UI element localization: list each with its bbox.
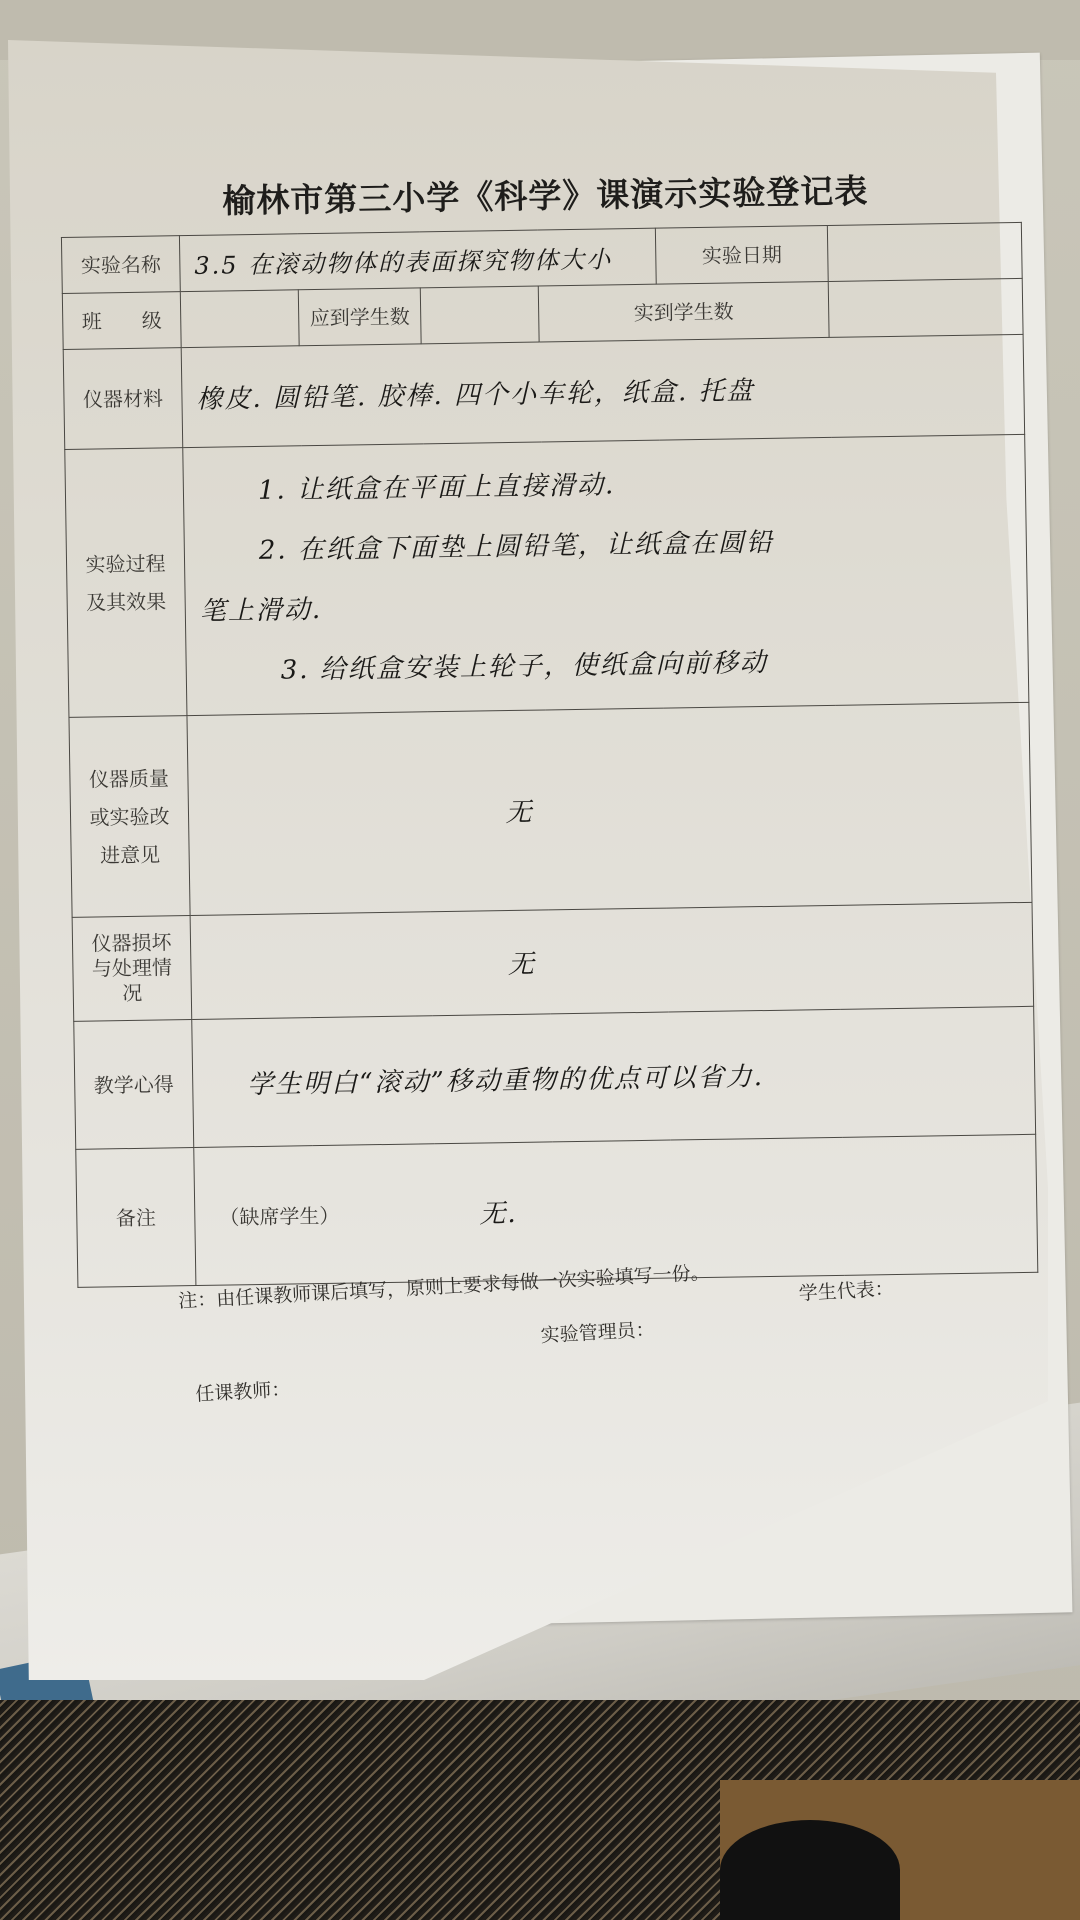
field-experiment-date[interactable] xyxy=(827,222,1022,281)
signature-lab-admin[interactable]: 实验管理员： xyxy=(540,1315,655,1348)
label-class: 班 级 xyxy=(62,292,181,350)
registration-form: 榆林市第三小学《科学》课演示实验登记表 实验名称 3.5 在滚动物体的表面探究物… xyxy=(60,163,1039,1408)
label-damage-line2: 与处理情 xyxy=(77,955,186,982)
field-damage[interactable]: 无 xyxy=(190,902,1034,1019)
label-expected-students: 应到学生数 xyxy=(298,288,421,346)
signature-student-rep[interactable]: 学生代表： xyxy=(798,1274,894,1306)
row-process: 实验过程 及其效果 1. 让纸盒在平面上直接滑动. 2. 在纸盒下面垫上圆铅笔，… xyxy=(65,434,1029,717)
field-class[interactable] xyxy=(180,290,299,348)
label-quality-line1: 仪器质量 xyxy=(74,759,184,799)
label-damage-line1: 仪器损坏 xyxy=(77,930,186,957)
label-experiment-name: 实验名称 xyxy=(61,236,180,294)
form-table: 实验名称 3.5 在滚动物体的表面探究物体大小 实验日期 班 级 应到学生数 实… xyxy=(61,222,1038,1288)
label-process-line2: 及其效果 xyxy=(71,582,181,622)
process-step-3: 3. 给纸盒安装上轮子，使纸盒向前移动 xyxy=(200,629,1014,702)
remarks-value: 无. xyxy=(479,1193,518,1231)
row-damage: 仪器损坏 与处理情 况 无 xyxy=(72,902,1034,1021)
reflection-value: 学生明白“滚动”移动重物的优点可以省力. xyxy=(207,1062,764,1101)
label-remarks: 备注 xyxy=(76,1148,196,1288)
materials-value: 橡皮. 圆铅笔. 胶棒. 四个小车轮，纸盒. 托盘 xyxy=(196,376,755,415)
label-quality: 仪器质量 或实验改 进意见 xyxy=(69,716,190,918)
signature-teacher[interactable]: 任课教师： xyxy=(195,1375,291,1407)
field-experiment-name[interactable]: 3.5 在滚动物体的表面探究物体大小 xyxy=(179,228,656,291)
row-reflection: 教学心得 学生明白“滚动”移动重物的优点可以省力. xyxy=(74,1006,1036,1149)
label-process: 实验过程 及其效果 xyxy=(65,448,187,718)
field-quality[interactable]: 无 xyxy=(187,702,1032,915)
field-expected-students[interactable] xyxy=(420,286,539,344)
damage-value: 无 xyxy=(508,950,536,980)
label-quality-line2: 或实验改 xyxy=(75,797,185,837)
label-process-line1: 实验过程 xyxy=(71,544,181,584)
dark-object xyxy=(720,1820,900,1920)
label-quality-line3: 进意见 xyxy=(75,835,185,875)
field-materials[interactable]: 橡皮. 圆铅笔. 胶棒. 四个小车轮，纸盒. 托盘 xyxy=(181,334,1025,447)
field-actual-students[interactable] xyxy=(828,278,1023,337)
row-quality: 仪器质量 或实验改 进意见 无 xyxy=(69,702,1032,917)
label-materials: 仪器材料 xyxy=(63,348,183,450)
label-damage-line3: 况 xyxy=(78,980,187,1007)
row-materials: 仪器材料 橡皮. 圆铅笔. 胶棒. 四个小车轮，纸盒. 托盘 xyxy=(63,334,1024,449)
label-actual-students: 实到学生数 xyxy=(538,281,829,342)
field-reflection[interactable]: 学生明白“滚动”移动重物的优点可以省力. xyxy=(192,1006,1036,1147)
quality-value: 无 xyxy=(505,798,533,828)
remarks-absent-label: （缺席学生） xyxy=(219,1200,339,1231)
field-process[interactable]: 1. 让纸盒在平面上直接滑动. 2. 在纸盒下面垫上圆铅笔，让纸盒在圆铅 笔上滑… xyxy=(183,434,1029,715)
label-damage: 仪器损坏 与处理情 况 xyxy=(72,916,192,1022)
label-experiment-date: 实验日期 xyxy=(655,225,828,284)
experiment-name-value: 3.5 在滚动物体的表面探究物体大小 xyxy=(194,245,612,280)
label-reflection: 教学心得 xyxy=(74,1020,194,1150)
